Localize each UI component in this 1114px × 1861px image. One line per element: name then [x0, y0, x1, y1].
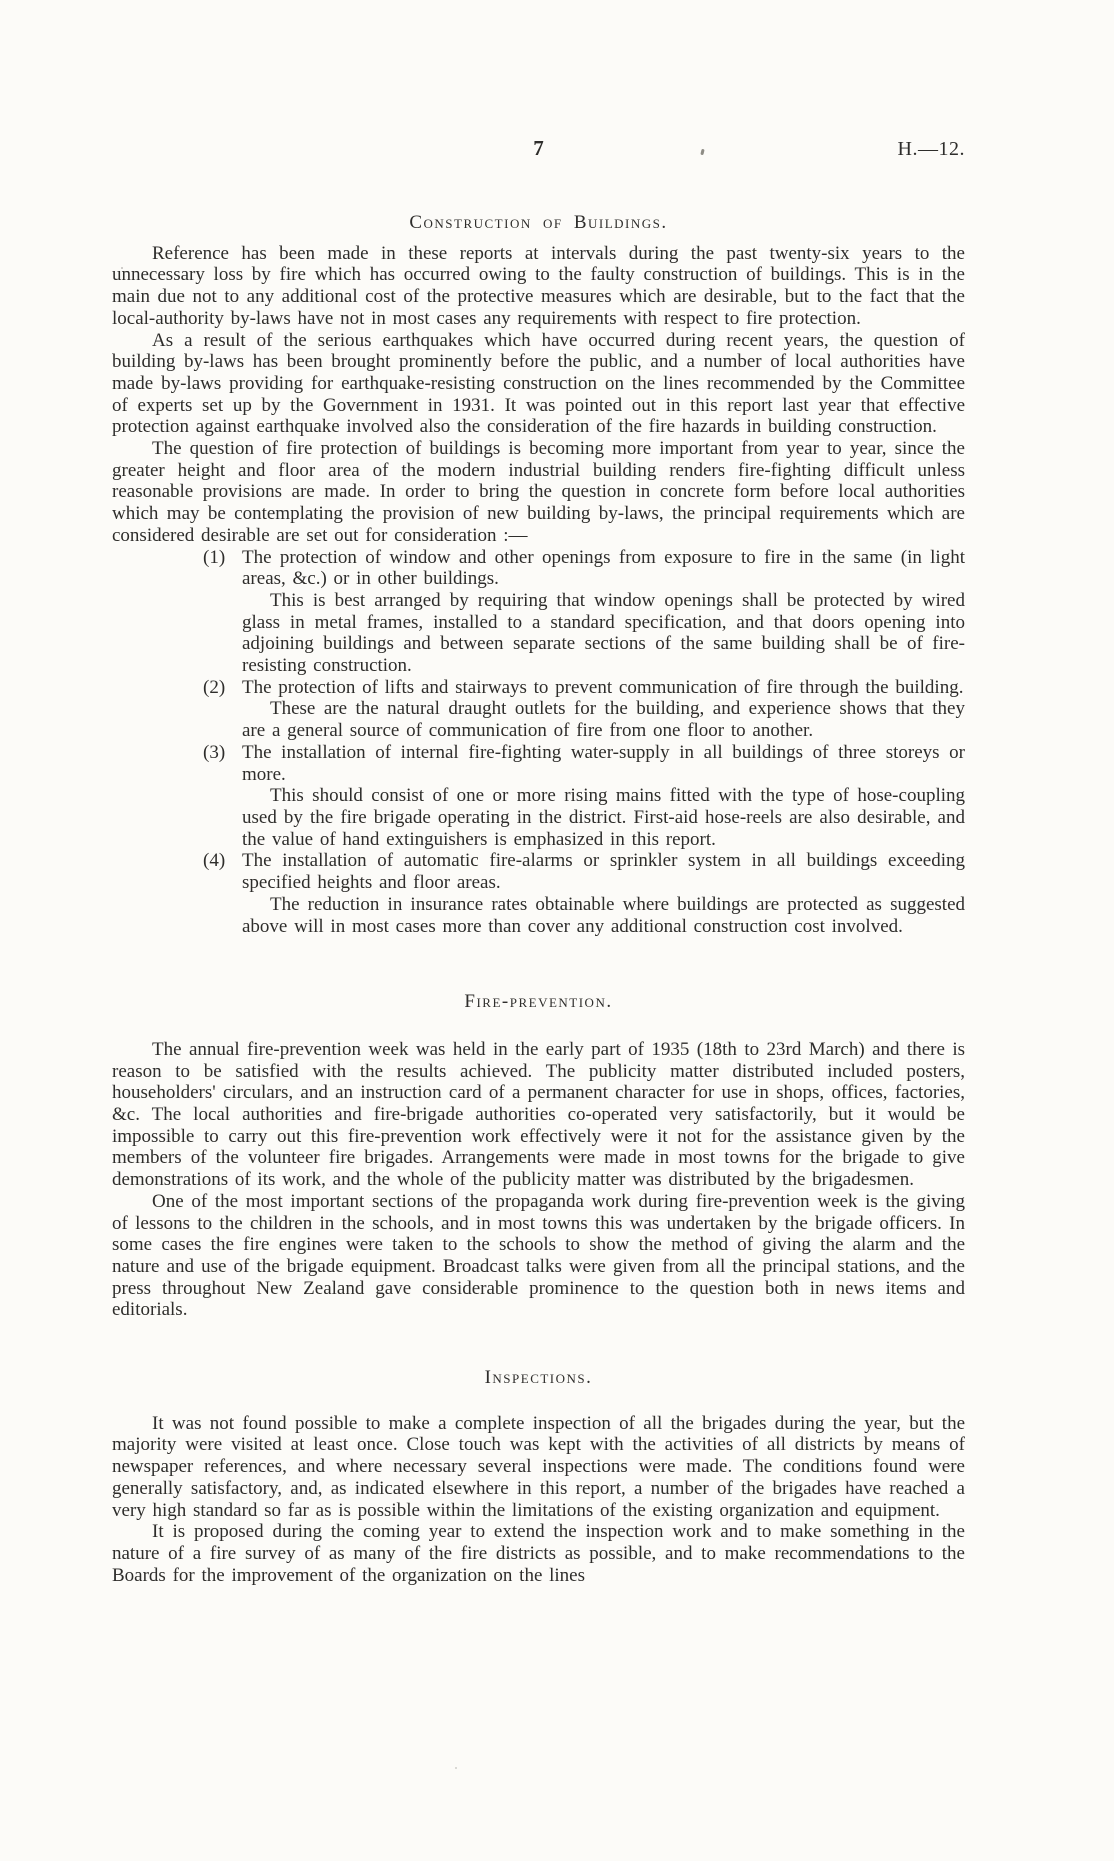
scan-speck	[455, 1767, 457, 1769]
list-item-marker: (3)	[203, 742, 225, 764]
construction-paragraph-3: The question of fire protection of build…	[112, 438, 965, 547]
inspections-paragraph-1: It was not found possible to make a comp…	[112, 1413, 965, 1522]
construction-paragraph-1: Reference has been made in these reports…	[112, 243, 965, 330]
requirement-note: The reduction in insurance rates obtaina…	[242, 894, 965, 937]
requirement-note: These are the natural draught outlets fo…	[242, 698, 965, 741]
list-item-marker: (4)	[203, 850, 225, 872]
list-item: (3) The installation of internal fire-fi…	[242, 742, 965, 851]
requirement-note: This should consist of one or more risin…	[242, 785, 965, 850]
requirement-text: The installation of internal fire-fighti…	[242, 742, 965, 785]
requirement-note: This is best arranged by requiring that …	[242, 590, 965, 677]
fire-prevention-paragraph-1: The annual fire-prevention week was held…	[112, 1039, 965, 1191]
requirements-list: (1) The protection of window and other o…	[242, 547, 965, 938]
list-item: (1) The protection of window and other o…	[242, 547, 965, 677]
page-content: Construction of Buildings. Reference has…	[112, 0, 965, 1586]
requirement-text: The installation of automatic fire-alarm…	[242, 850, 965, 893]
list-item: (2) The protection of lifts and stairway…	[242, 677, 965, 742]
requirement-text: The protection of window and other openi…	[242, 547, 965, 590]
document-page: 7 H.—12. Construction of Buildings. Refe…	[0, 0, 1114, 1861]
section-heading-fire-prevention: Fire-prevention.	[112, 991, 965, 1013]
inspections-paragraph-2: It is proposed during the coming year to…	[112, 1521, 965, 1586]
section-heading-inspections: Inspections.	[112, 1367, 965, 1389]
section-heading-construction-of-buildings: Construction of Buildings.	[112, 212, 965, 234]
requirement-text: The protection of lifts and stairways to…	[242, 677, 965, 699]
list-item-marker: (1)	[203, 547, 225, 569]
list-item-marker: (2)	[203, 677, 225, 699]
construction-paragraph-2: As a result of the serious earthquakes w…	[112, 330, 965, 439]
list-item: (4) The installation of automatic fire-a…	[242, 850, 965, 937]
fire-prevention-paragraph-2: One of the most important sections of th…	[112, 1191, 965, 1321]
